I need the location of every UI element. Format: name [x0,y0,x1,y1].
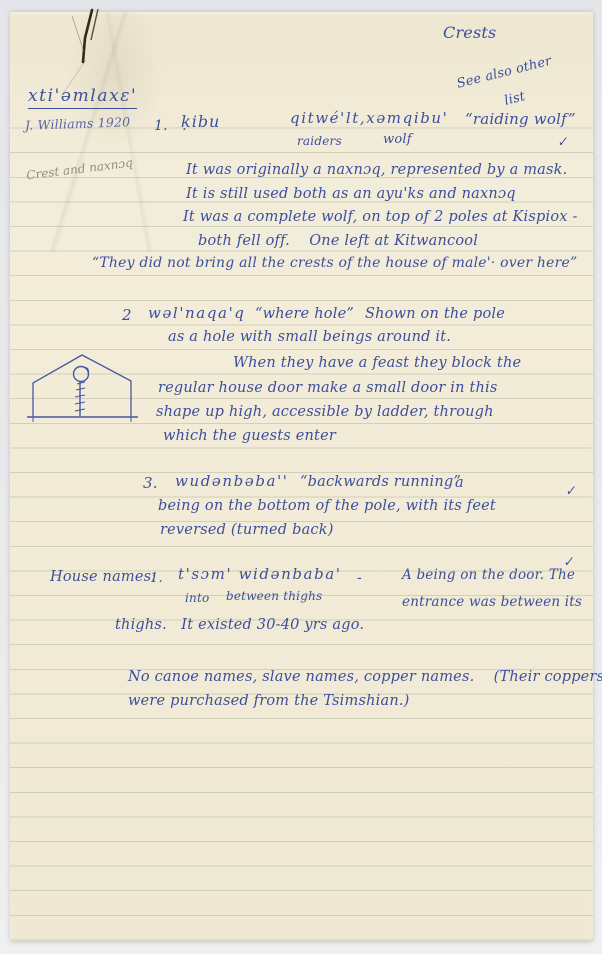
entry1-term: ḳibu [181,114,220,130]
entry3-number: 3. [143,476,158,491]
entry1-phonetic: qitwé'lt,xəmqibu' [290,111,448,126]
house-names-label: House names: [50,570,156,585]
entry2-body-line: regular house door make a small door in … [158,381,498,396]
house-names-phonetic: t'sɔm' widənbaba' [178,567,342,582]
check-mark-2: ✓ [564,484,577,498]
entry1-body-line: It is still used both as an ayu'ks and n… [186,187,516,202]
entry1-body-line: both fell off. One left at Kitwancool [198,234,478,249]
house-names-desc-line: entrance was between its [402,596,582,610]
entry1-quote-line: “They did not bring all the crests of th… [92,256,577,270]
entry3-tail: a [455,476,464,491]
house-sketch-drawing [24,352,142,426]
entry3-gloss: “backwards running” [300,475,461,490]
house-names-desc-line: A being on the door. The [402,569,575,583]
native-heading: xti'əmlaxɛ' [28,88,137,109]
entry1-interlinear-wolf: wolf [383,133,412,146]
entry3-phonetic: wudənbəba'' [175,474,289,489]
house-names-interlinear-into: into [185,592,209,604]
house-names-desc-line: thighs. It existed 30-40 yrs ago. [115,618,364,633]
check-mark-1: ✓ [556,135,569,149]
entry2-body-line: as a hole with small beings around it. [168,330,451,345]
scanned-notebook-page: { "header": { "title": "Crests", "see_al… [0,0,602,954]
entry1-body-line: It was originally a naxnɔq, represented … [186,163,567,178]
entry3-body-line: reversed (turned back) [160,523,334,538]
entry2-gloss: “where hole” [255,307,354,322]
entry1-gloss: “raiding wolf” [465,112,576,127]
entry2-number: 2 [122,308,132,323]
house-names-dash: - [357,571,362,585]
closing-note-line: were purchased from the Tsimshian.) [128,694,410,709]
entry1-body-line: It was a complete wolf, on top of 2 pole… [183,210,578,225]
house-names-interlinear-thighs: between thighs [226,590,322,602]
entry2-body-line: When they have a feast they block the [233,356,521,371]
entry1-interlinear-raiders: raiders [297,135,342,147]
entry2-body-line: which the guests enter [163,429,336,444]
closing-note-line: No canoe names, slave names, copper name… [128,670,602,685]
entry2-phonetic: wəl'naqa'q [148,306,246,321]
entry2-body-line: shape up high, accessible by ladder, thr… [156,405,494,420]
entry3-body-line: being on the bottom of the pole, with it… [158,499,496,514]
page-title: Crests [443,25,496,41]
house-names-number: 1. [150,572,163,585]
entry2-tail: Shown on the pole [365,307,505,322]
entry1-number: 1. [154,119,168,133]
